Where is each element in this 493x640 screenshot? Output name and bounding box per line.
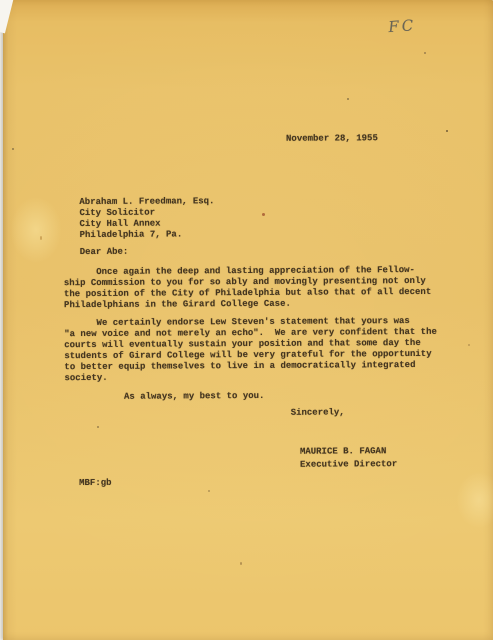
body-paragraph-1: Once again the deep and lasting apprecia… [64, 265, 456, 311]
valediction: Sincerely, [291, 407, 345, 418]
typist-initials: MBF:gb [79, 478, 111, 489]
date-line: November 28, 1955 [286, 133, 378, 145]
recipient-address: Abraham L. Freedman, Esq. City Solicitor… [79, 196, 214, 241]
signature-name: MAURICE B. FAGAN [300, 445, 386, 459]
scanned-letter: FC November 28, 1955 Abraham L. Freedman… [0, 0, 493, 640]
signature-title: Executive Director [300, 458, 397, 472]
letter-text: FC November 28, 1955 Abraham L. Freedman… [0, 0, 493, 640]
salutation: Dear Abe: [80, 247, 129, 258]
body-paragraph-2: We certainly endorse Lew Steven's statem… [64, 316, 456, 384]
handwritten-note: FC [388, 16, 417, 36]
closing-line: As always, my best to you. [65, 391, 265, 403]
